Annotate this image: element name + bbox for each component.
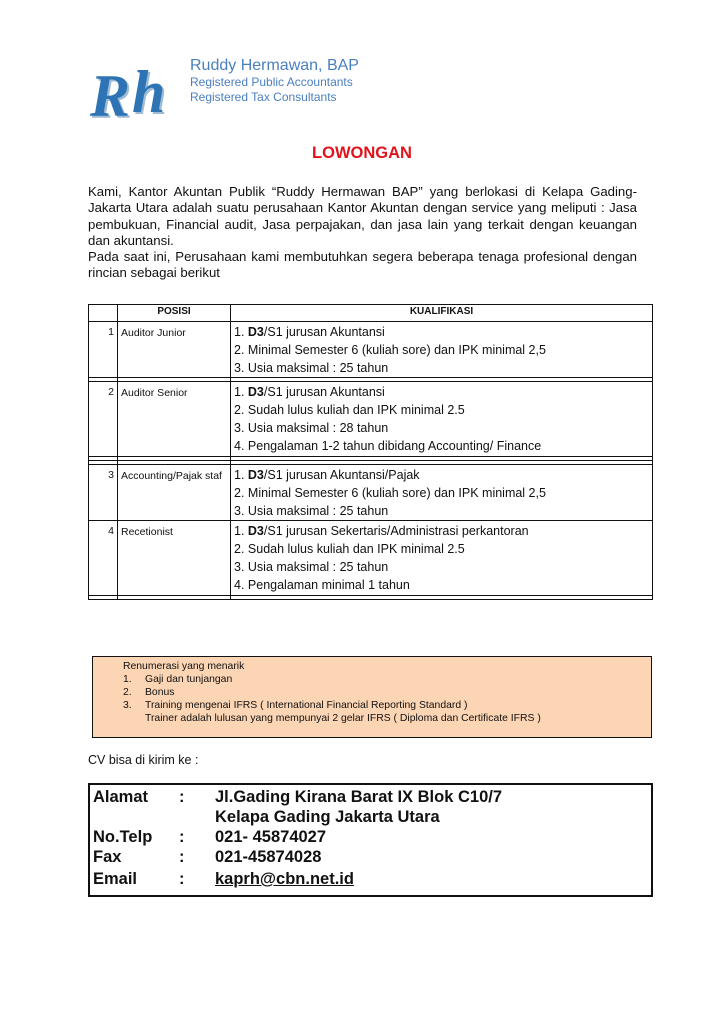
colon: : (179, 869, 215, 889)
contact-phone: No.Telp : 021- 45874027 (93, 827, 651, 847)
qualification-item: 2. Minimal Semester 6 (kuliah sore) dan … (234, 341, 649, 359)
header-no (89, 305, 118, 322)
fax-label: Fax (93, 847, 179, 867)
benefit-number: 1. (123, 673, 145, 686)
table-row: 3 Accounting/Pajak staf 1. D3/S1 jurusan… (89, 465, 653, 521)
benefit-number: 2. (123, 686, 145, 699)
table-row: 4 Recetionist 1. D3/S1 jurusan Sekertari… (89, 521, 653, 596)
qualification-item: 3. Usia maksimal : 25 tahun (234, 502, 649, 520)
benefit-text: Trainer adalah lulusan yang mempunyai 2 … (145, 712, 541, 725)
firm-name: Ruddy Hermawan, BAP (190, 56, 359, 75)
intro-text: Kami, Kantor Akuntan Publik “Ruddy Herma… (88, 184, 637, 282)
row-number: 1 (89, 322, 118, 378)
qualification-item: 3. Usia maksimal : 25 tahun (234, 359, 649, 377)
logo-letter-r: R (90, 62, 130, 131)
intro-paragraph-2: Pada saat ini, Perusahaan kami membutuhk… (88, 249, 637, 282)
row-position: Recetionist (118, 521, 231, 596)
row-qualifications: 1. D3/S1 jurusan Sekertaris/Administrasi… (231, 521, 653, 596)
benefit-item: Trainer adalah lulusan yang mempunyai 2 … (123, 712, 651, 725)
row-number: 4 (89, 521, 118, 596)
qualification-item: 3. Usia maksimal : 25 tahun (234, 558, 649, 576)
benefit-item: 1. Gaji dan tunjangan (123, 673, 651, 686)
row-number: 2 (89, 382, 118, 457)
phone-label: No.Telp (93, 827, 179, 847)
row-number: 3 (89, 465, 118, 521)
benefit-text: Gaji dan tunjangan (145, 673, 232, 686)
row-qualifications: 1. D3/S1 jurusan Akuntansi2. Minimal Sem… (231, 322, 653, 378)
fax-value: 021-45874028 (215, 847, 321, 867)
table-spacer-row (89, 596, 653, 600)
cv-label: CV bisa di kirim ke : (88, 753, 198, 767)
table-header-row: POSISI KUALIFIKASI (89, 305, 653, 322)
header-kualifikasi: KUALIFIKASI (231, 305, 653, 322)
firm-subtitle-1: Registered Public Accountants (190, 75, 359, 90)
email-label: Email (93, 869, 179, 889)
firm-header: Ruddy Hermawan, BAP Registered Public Ac… (190, 56, 359, 105)
contact-address: Alamat : Jl.Gading Kirana Barat IX Blok … (93, 787, 651, 807)
benefit-number (123, 712, 145, 725)
table-row: 2 Auditor Senior 1. D3/S1 jurusan Akunta… (89, 382, 653, 457)
intro-paragraph-1: Kami, Kantor Akuntan Publik “Ruddy Herma… (88, 184, 637, 249)
row-position: Auditor Senior (118, 382, 231, 457)
qualification-item: 2. Sudah lulus kuliah dan IPK minimal 2.… (234, 540, 649, 558)
qualification-item: 2. Sudah lulus kuliah dan IPK minimal 2.… (234, 401, 649, 419)
address-line-2: Kelapa Gading Jakarta Utara (215, 807, 440, 827)
contact-email: Email : kaprh@cbn.net.id (93, 869, 651, 889)
table-row: 1 Auditor Junior 1. D3/S1 jurusan Akunta… (89, 322, 653, 378)
contact-address-2: Kelapa Gading Jakarta Utara (93, 807, 651, 827)
benefit-item: 3. Training mengenai IFRS ( Internationa… (123, 699, 651, 712)
address-line-1: Jl.Gading Kirana Barat IX Blok C10/7 (215, 787, 502, 807)
qualification-item: 4. Pengalaman minimal 1 tahun (234, 576, 649, 594)
qualification-item: 4. Pengalaman 1-2 tahun dibidang Account… (234, 437, 649, 455)
address-label: Alamat (93, 787, 179, 807)
qualification-item: 1. D3/S1 jurusan Sekertaris/Administrasi… (234, 522, 649, 540)
benefit-item: 2. Bonus (123, 686, 651, 699)
rh-logo: R h (88, 58, 178, 128)
qualification-item: 2. Minimal Semester 6 (kuliah sore) dan … (234, 484, 649, 502)
qualification-item: 1. D3/S1 jurusan Akuntansi (234, 323, 649, 341)
logo-letter-h: h (132, 58, 165, 127)
benefit-text: Bonus (145, 686, 174, 699)
row-qualifications: 1. D3/S1 jurusan Akuntansi2. Sudah lulus… (231, 382, 653, 457)
contact-box: Alamat : Jl.Gading Kirana Barat IX Blok … (88, 783, 653, 897)
job-table: POSISI KUALIFIKASI 1 Auditor Junior 1. D… (88, 304, 653, 600)
row-position: Accounting/Pajak staf (118, 465, 231, 521)
qualification-item: 1. D3/S1 jurusan Akuntansi/Pajak (234, 466, 649, 484)
email-link[interactable]: kaprh@cbn.net.id (215, 870, 354, 888)
header-posisi: POSISI (118, 305, 231, 322)
benefits-heading: Renumerasi yang menarik (123, 660, 651, 673)
benefit-text: Training mengenai IFRS ( International F… (145, 699, 467, 712)
qualification-item: 1. D3/S1 jurusan Akuntansi (234, 383, 649, 401)
colon: : (179, 787, 215, 807)
firm-subtitle-2: Registered Tax Consultants (190, 90, 359, 105)
row-qualifications: 1. D3/S1 jurusan Akuntansi/Pajak2. Minim… (231, 465, 653, 521)
page-title: LOWONGAN (0, 144, 724, 163)
qualification-item: 3. Usia maksimal : 28 tahun (234, 419, 649, 437)
row-position: Auditor Junior (118, 322, 231, 378)
benefits-box: Renumerasi yang menarik 1. Gaji dan tunj… (92, 656, 652, 738)
contact-fax: Fax : 021-45874028 (93, 847, 651, 867)
colon: : (179, 847, 215, 867)
benefit-number: 3. (123, 699, 145, 712)
colon: : (179, 827, 215, 847)
phone-value: 021- 45874027 (215, 827, 326, 847)
